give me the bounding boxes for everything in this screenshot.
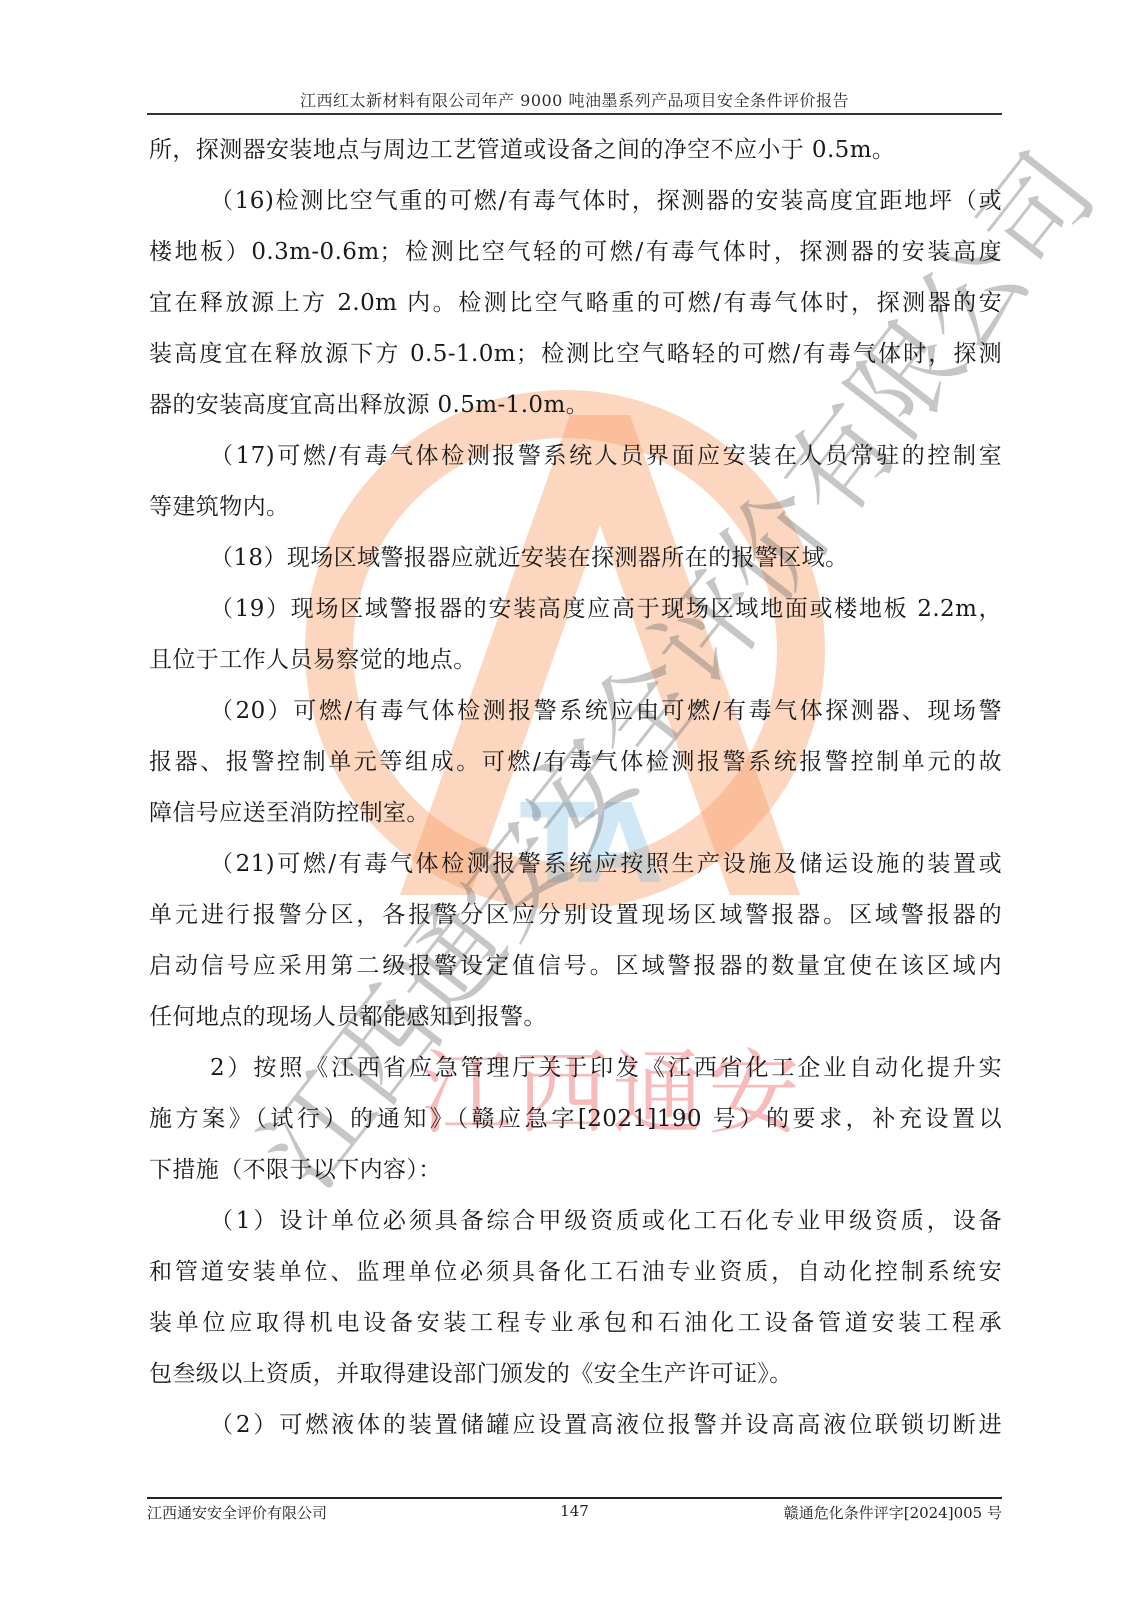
page-footer: 江西通安安全评价有限公司 147 赣通危化条件评字[2024]005 号 bbox=[147, 1502, 1002, 1524]
text-line: （2）可燃液体的装置储罐应设置高液位报警并设高高液位联锁切断进 bbox=[149, 1406, 1002, 1457]
text-line: 和管道安装单位、监理单位必须具备化工石油专业资质，自动化控制系统安 bbox=[149, 1253, 1002, 1304]
document-body: 所，探测器安装地点与周边工艺管道或设备之间的净空不应小于 0.5m。（16)检测… bbox=[149, 131, 1002, 1457]
text-line: 楼地板）0.3m-0.6m；检测比空气轻的可燃/有毒气体时，探测器的安装高度 bbox=[149, 233, 1002, 284]
text-line: 等建筑物内。 bbox=[149, 488, 1002, 539]
text-line: 装高度宜在释放源下方 0.5-1.0m；检测比空气略轻的可燃/有毒气体时，探测 bbox=[149, 335, 1002, 386]
text-line: 障信号应送至消防控制室。 bbox=[149, 794, 1002, 845]
document-page: TA 江西通安 江西通安安全评价有限公司 江西红太新材料有限公司年产 9000 … bbox=[0, 0, 1131, 1600]
text-line: 启动信号应采用第二级报警设定值信号。区域警报器的数量宜使在该区域内 bbox=[149, 947, 1002, 998]
text-line: （18）现场区域警报器应就近安装在探测器所在的报警区域。 bbox=[149, 539, 1002, 590]
footer-doc-number: 赣通危化条件评字[2024]005 号 bbox=[784, 1502, 1002, 1523]
text-line: 器的安装高度宜高出释放源 0.5m-1.0m。 bbox=[149, 386, 1002, 437]
text-line: （1）设计单位必须具备综合甲级资质或化工石化专业甲级资质，设备 bbox=[149, 1202, 1002, 1253]
text-line: 2）按照《江西省应急管理厅关于印发《江西省化工企业自动化提升实 bbox=[149, 1049, 1002, 1100]
text-line: 施方案》（试行）的通知》（赣应急字[2021]190 号）的要求，补充设置以 bbox=[149, 1100, 1002, 1151]
text-line: （17)可燃/有毒气体检测报警系统人员界面应安装在人员常驻的控制室 bbox=[149, 437, 1002, 488]
text-line: 且位于工作人员易察觉的地点。 bbox=[149, 641, 1002, 692]
header-divider bbox=[147, 113, 1002, 115]
text-line: （20）可燃/有毒气体检测报警系统应由可燃/有毒气体探测器、现场警 bbox=[149, 692, 1002, 743]
text-line: 下措施（不限于以下内容）： bbox=[149, 1151, 1002, 1202]
text-line: 所，探测器安装地点与周边工艺管道或设备之间的净空不应小于 0.5m。 bbox=[149, 131, 1002, 182]
text-line: 装单位应取得机电设备安装工程专业承包和石油化工设备管道安装工程承 bbox=[149, 1304, 1002, 1355]
text-line: 宜在释放源上方 2.0m 内。检测比空气略重的可燃/有毒气体时，探测器的安 bbox=[149, 284, 1002, 335]
text-line: 任何地点的现场人员都能感知到报警。 bbox=[149, 998, 1002, 1049]
text-line: 包叁级以上资质，并取得建设部门颁发的《安全生产许可证》。 bbox=[149, 1355, 1002, 1406]
text-line: （19）现场区域警报器的安装高度应高于现场区域地面或楼地板 2.2m， bbox=[149, 590, 1002, 641]
text-line: 单元进行报警分区，各报警分区应分别设置现场区域警报器。区域警报器的 bbox=[149, 896, 1002, 947]
footer-divider bbox=[147, 1497, 1002, 1499]
text-line: （21)可燃/有毒气体检测报警系统应按照生产设施及储运设施的装置或 bbox=[149, 845, 1002, 896]
running-header-title: 江西红太新材料有限公司年产 9000 吨油墨系列产品项目安全条件评价报告 bbox=[147, 88, 1002, 111]
text-line: 报器、报警控制单元等组成。可燃/有毒气体检测报警系统报警控制单元的故 bbox=[149, 743, 1002, 794]
text-line: （16)检测比空气重的可燃/有毒气体时，探测器的安装高度宜距地坪（或 bbox=[149, 182, 1002, 233]
